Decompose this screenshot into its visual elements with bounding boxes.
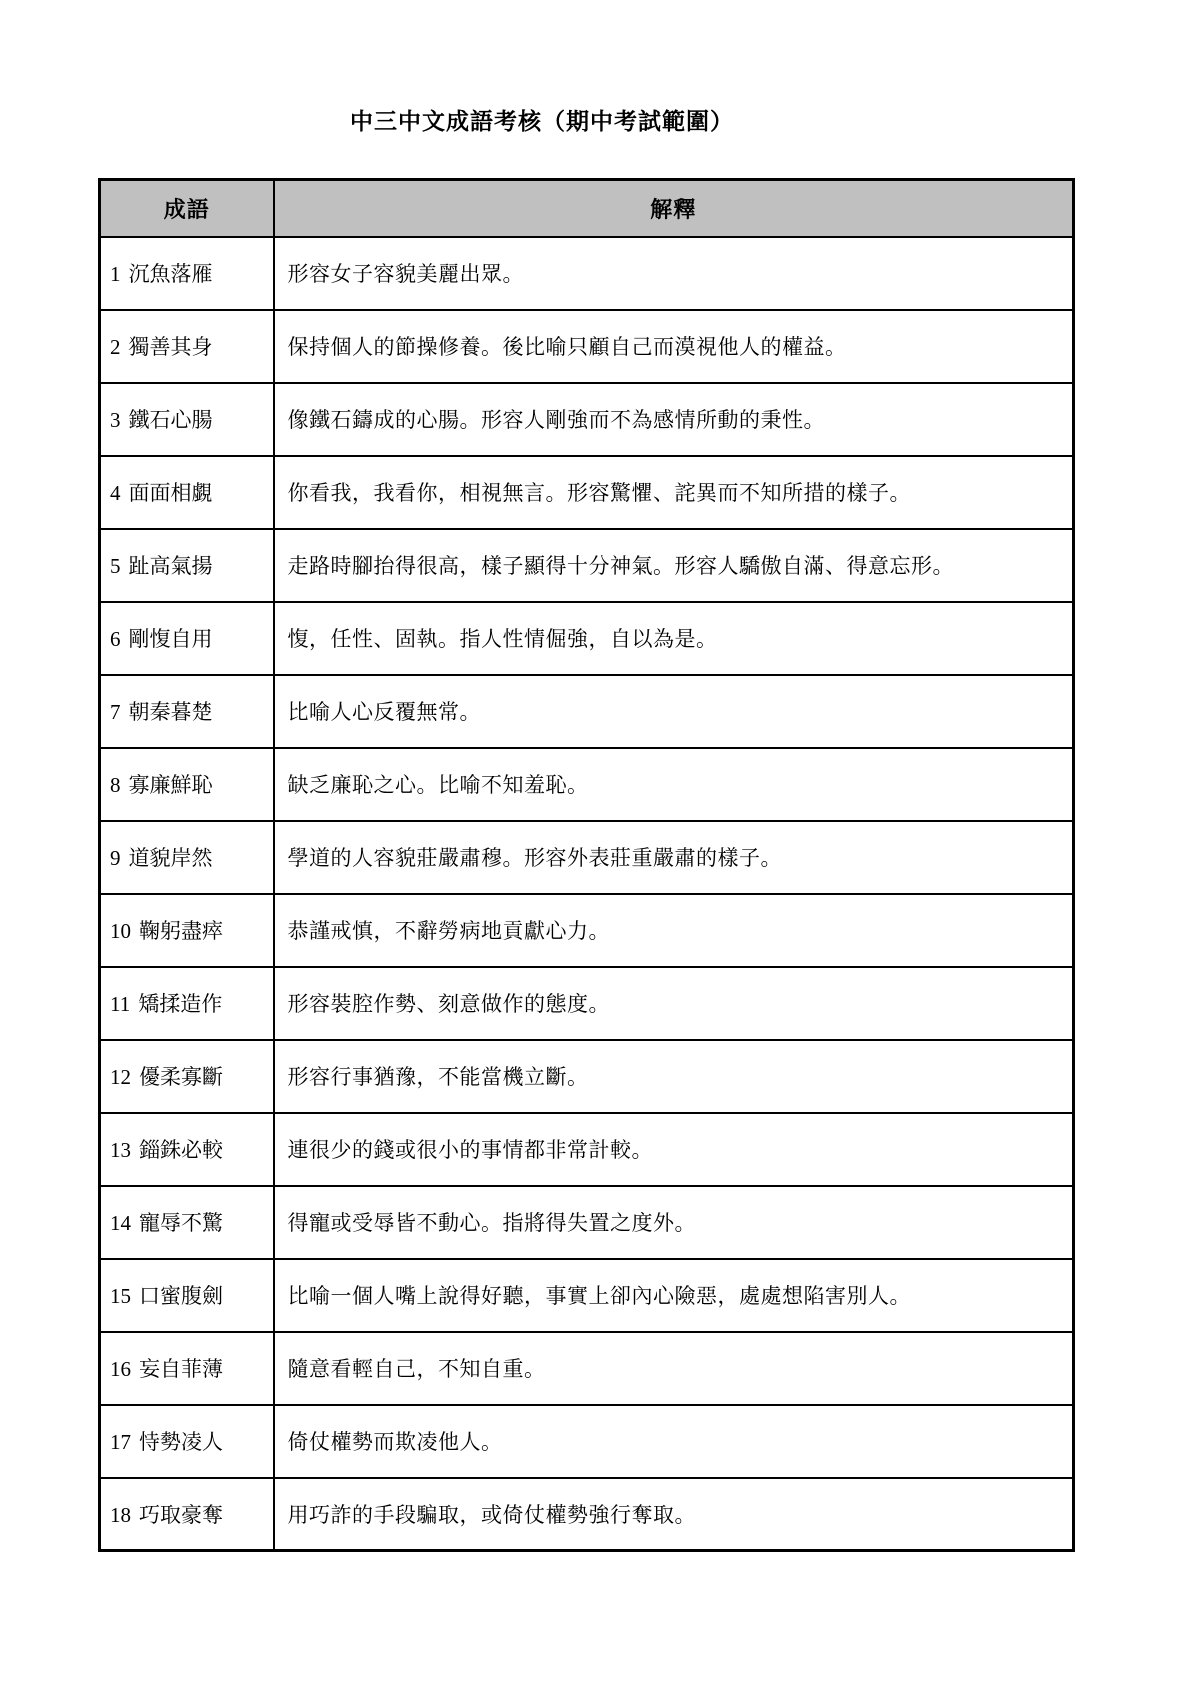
row-number: 17 bbox=[110, 1430, 131, 1455]
row-number: 16 bbox=[110, 1357, 131, 1382]
idiom-cell: 5趾高氣揚 bbox=[100, 529, 274, 602]
row-number: 2 bbox=[110, 335, 121, 360]
row-number: 6 bbox=[110, 627, 121, 652]
table-row: 8寡廉鮮恥 缺乏廉恥之心。比喻不知羞恥。 bbox=[100, 748, 1074, 821]
table-row: 11矯揉造作 形容裝腔作勢、刻意做作的態度。 bbox=[100, 967, 1074, 1040]
explanation-text: 隨意看輕自己，不知自重。 bbox=[274, 1332, 1074, 1405]
idiom-text: 巧取豪奪 bbox=[139, 1503, 223, 1527]
table-header-row: 成語 解釋 bbox=[100, 180, 1074, 237]
explanation-text: 比喻一個人嘴上說得好聽，事實上卻內心險惡，處處想陷害別人。 bbox=[274, 1259, 1074, 1332]
row-number: 15 bbox=[110, 1284, 131, 1309]
explanation-text: 學道的人容貌莊嚴肅穆。形容外表莊重嚴肅的樣子。 bbox=[274, 821, 1074, 894]
row-number: 5 bbox=[110, 554, 121, 579]
explanation-text: 用巧詐的手段騙取，或倚仗權勢強行奪取。 bbox=[274, 1478, 1074, 1551]
explanation-text: 形容行事猶豫，不能當機立斷。 bbox=[274, 1040, 1074, 1113]
idiom-cell: 6剛愎自用 bbox=[100, 602, 274, 675]
idiom-cell: 18巧取豪奪 bbox=[100, 1478, 274, 1551]
idiom-text: 鞠躬盡瘁 bbox=[139, 919, 223, 943]
row-number: 10 bbox=[110, 919, 131, 944]
row-number: 11 bbox=[110, 992, 130, 1017]
idiom-text: 鐵石心腸 bbox=[129, 408, 213, 432]
idiom-table: 成語 解釋 1沉魚落雁 形容女子容貌美麗出眾。 2獨善其身 保持個人的節操修養。… bbox=[98, 178, 1075, 1552]
idiom-text: 矯揉造作 bbox=[138, 992, 222, 1016]
row-number: 4 bbox=[110, 481, 121, 506]
idiom-cell: 11矯揉造作 bbox=[100, 967, 274, 1040]
table-row: 14寵辱不驚 得寵或受辱皆不動心。指將得失置之度外。 bbox=[100, 1186, 1074, 1259]
idiom-text: 口蜜腹劍 bbox=[139, 1284, 223, 1308]
explanation-text: 形容裝腔作勢、刻意做作的態度。 bbox=[274, 967, 1074, 1040]
header-cell-idiom: 成語 bbox=[100, 180, 274, 237]
row-number: 9 bbox=[110, 846, 121, 871]
table-row: 4面面相覷 你看我，我看你，相視無言。形容驚懼、詫異而不知所措的樣子。 bbox=[100, 456, 1074, 529]
idiom-cell: 8寡廉鮮恥 bbox=[100, 748, 274, 821]
idiom-cell: 7朝秦暮楚 bbox=[100, 675, 274, 748]
header-cell-explanation: 解釋 bbox=[274, 180, 1074, 237]
idiom-text: 獨善其身 bbox=[129, 335, 213, 359]
explanation-text: 恭謹戒慎，不辭勞病地貢獻心力。 bbox=[274, 894, 1074, 967]
table-row: 13錙銖必較 連很少的錢或很小的事情都非常計較。 bbox=[100, 1113, 1074, 1186]
idiom-cell: 2獨善其身 bbox=[100, 310, 274, 383]
idiom-cell: 12優柔寡斷 bbox=[100, 1040, 274, 1113]
table-row: 1沉魚落雁 形容女子容貌美麗出眾。 bbox=[100, 237, 1074, 310]
idiom-cell: 1沉魚落雁 bbox=[100, 237, 274, 310]
idiom-text: 優柔寡斷 bbox=[139, 1065, 223, 1089]
table-row: 15口蜜腹劍 比喻一個人嘴上說得好聽，事實上卻內心險惡，處處想陷害別人。 bbox=[100, 1259, 1074, 1332]
table-row: 17恃勢凌人 倚仗權勢而欺凌他人。 bbox=[100, 1405, 1074, 1478]
row-number: 13 bbox=[110, 1138, 131, 1163]
row-number: 18 bbox=[110, 1503, 131, 1528]
idiom-text: 錙銖必較 bbox=[139, 1138, 223, 1162]
idiom-text: 寵辱不驚 bbox=[139, 1211, 223, 1235]
table-row: 16妄自菲薄 隨意看輕自己，不知自重。 bbox=[100, 1332, 1074, 1405]
idiom-cell: 3鐵石心腸 bbox=[100, 383, 274, 456]
table-row: 3鐵石心腸 像鐵石鑄成的心腸。形容人剛強而不為感情所動的秉性。 bbox=[100, 383, 1074, 456]
idiom-text: 妄自菲薄 bbox=[139, 1357, 223, 1381]
explanation-text: 保持個人的節操修養。後比喻只顧自己而漠視他人的權益。 bbox=[274, 310, 1074, 383]
explanation-text: 得寵或受辱皆不動心。指將得失置之度外。 bbox=[274, 1186, 1074, 1259]
idiom-text: 面面相覷 bbox=[129, 481, 213, 505]
explanation-text: 走路時腳抬得很高，樣子顯得十分神氣。形容人驕傲自滿、得意忘形。 bbox=[274, 529, 1074, 602]
idiom-cell: 17恃勢凌人 bbox=[100, 1405, 274, 1478]
explanation-text: 形容女子容貌美麗出眾。 bbox=[274, 237, 1074, 310]
idiom-cell: 10鞠躬盡瘁 bbox=[100, 894, 274, 967]
table-row: 12優柔寡斷 形容行事猶豫，不能當機立斷。 bbox=[100, 1040, 1074, 1113]
idiom-text: 趾高氣揚 bbox=[129, 554, 213, 578]
idiom-cell: 4面面相覷 bbox=[100, 456, 274, 529]
idiom-text: 道貌岸然 bbox=[129, 846, 213, 870]
idiom-text: 寡廉鮮恥 bbox=[129, 773, 213, 797]
table-row: 7朝秦暮楚 比喻人心反覆無常。 bbox=[100, 675, 1074, 748]
explanation-text: 像鐵石鑄成的心腸。形容人剛強而不為感情所動的秉性。 bbox=[274, 383, 1074, 456]
table-row: 10鞠躬盡瘁 恭謹戒慎，不辭勞病地貢獻心力。 bbox=[100, 894, 1074, 967]
table-row: 2獨善其身 保持個人的節操修養。後比喻只顧自己而漠視他人的權益。 bbox=[100, 310, 1074, 383]
row-number: 14 bbox=[110, 1211, 131, 1236]
row-number: 8 bbox=[110, 773, 121, 798]
table-row: 6剛愎自用 愎，任性、固執。指人性情倔強，自以為是。 bbox=[100, 602, 1074, 675]
document-page: 中三中文成語考核（期中考試範圍） 成語 解釋 1沉魚落雁 形容女子容貌美麗出眾。… bbox=[0, 0, 1200, 1696]
row-number: 1 bbox=[110, 262, 121, 287]
explanation-text: 比喻人心反覆無常。 bbox=[274, 675, 1074, 748]
idiom-cell: 13錙銖必較 bbox=[100, 1113, 274, 1186]
explanation-text: 倚仗權勢而欺凌他人。 bbox=[274, 1405, 1074, 1478]
table-header: 成語 解釋 bbox=[100, 180, 1074, 237]
row-number: 3 bbox=[110, 408, 121, 433]
explanation-text: 缺乏廉恥之心。比喻不知羞恥。 bbox=[274, 748, 1074, 821]
explanation-text: 你看我，我看你，相視無言。形容驚懼、詫異而不知所措的樣子。 bbox=[274, 456, 1074, 529]
explanation-text: 連很少的錢或很小的事情都非常計較。 bbox=[274, 1113, 1074, 1186]
idiom-text: 朝秦暮楚 bbox=[129, 700, 213, 724]
table-row: 9道貌岸然 學道的人容貌莊嚴肅穆。形容外表莊重嚴肅的樣子。 bbox=[100, 821, 1074, 894]
table-body: 1沉魚落雁 形容女子容貌美麗出眾。 2獨善其身 保持個人的節操修養。後比喻只顧自… bbox=[100, 237, 1074, 1551]
idiom-text: 剛愎自用 bbox=[129, 627, 213, 651]
idiom-text: 沉魚落雁 bbox=[129, 262, 213, 286]
page-title: 中三中文成語考核（期中考試範圍） bbox=[0, 103, 1084, 136]
table-row: 5趾高氣揚 走路時腳抬得很高，樣子顯得十分神氣。形容人驕傲自滿、得意忘形。 bbox=[100, 529, 1074, 602]
idiom-cell: 9道貌岸然 bbox=[100, 821, 274, 894]
idiom-text: 恃勢凌人 bbox=[139, 1430, 223, 1454]
idiom-cell: 16妄自菲薄 bbox=[100, 1332, 274, 1405]
idiom-cell: 14寵辱不驚 bbox=[100, 1186, 274, 1259]
idiom-cell: 15口蜜腹劍 bbox=[100, 1259, 274, 1332]
row-number: 12 bbox=[110, 1065, 131, 1090]
explanation-text: 愎，任性、固執。指人性情倔強，自以為是。 bbox=[274, 602, 1074, 675]
table-row: 18巧取豪奪 用巧詐的手段騙取，或倚仗權勢強行奪取。 bbox=[100, 1478, 1074, 1551]
row-number: 7 bbox=[110, 700, 121, 725]
